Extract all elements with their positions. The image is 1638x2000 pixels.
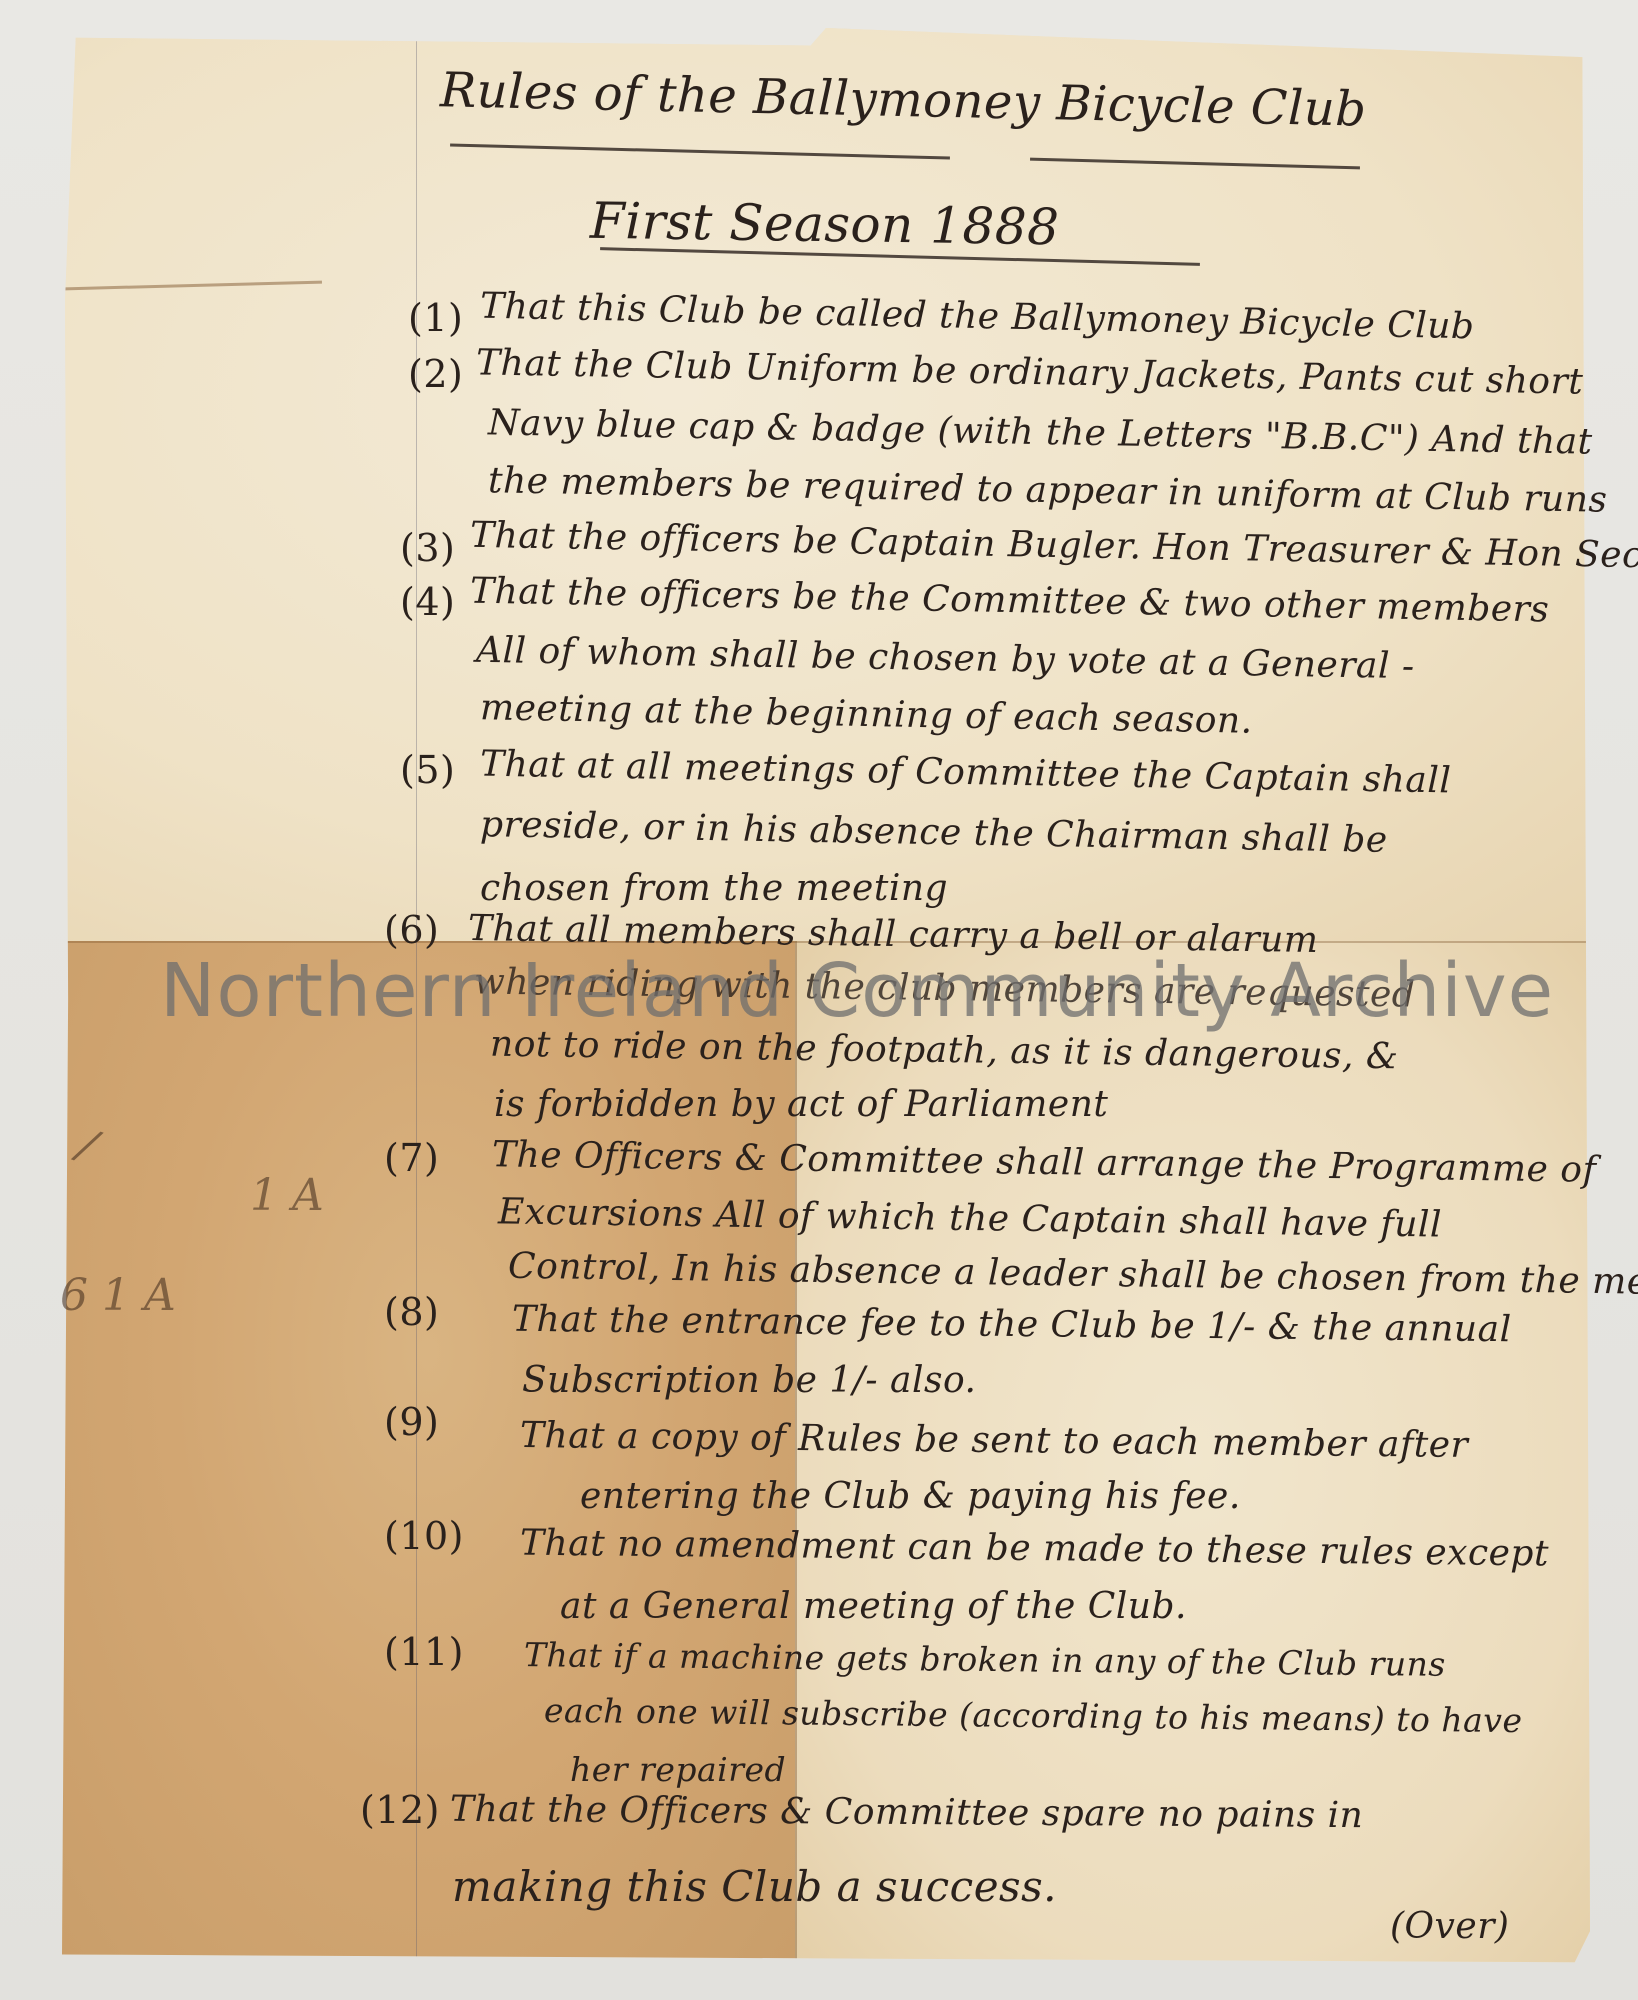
archive-watermark: Northern Ireland Community Archive bbox=[160, 948, 1490, 1034]
rule-line: chosen from the meeting bbox=[480, 868, 948, 909]
rule-line: making this Club a success. bbox=[452, 1862, 1057, 1911]
rule-line: her repaired bbox=[570, 1750, 786, 1789]
pencil-mark: 6 1 A bbox=[60, 1270, 176, 1321]
rule-number: (10) bbox=[384, 1514, 464, 1558]
rule-number: (4) bbox=[400, 580, 455, 624]
over-note: (Over) bbox=[1390, 1906, 1509, 1947]
rule-number: (6) bbox=[384, 908, 439, 952]
rule-number: (9) bbox=[384, 1400, 439, 1444]
rule-number: (12) bbox=[360, 1788, 440, 1832]
rule-line: That the Officers & Committee spare no p… bbox=[450, 1789, 1364, 1836]
rule-number: (8) bbox=[384, 1290, 439, 1334]
pencil-mark: 1 A bbox=[250, 1170, 324, 1221]
rule-number: (7) bbox=[384, 1136, 439, 1180]
rule-number: (2) bbox=[408, 352, 463, 396]
rule-number: (1) bbox=[408, 296, 463, 340]
rule-number: (3) bbox=[400, 526, 455, 570]
rule-number: (11) bbox=[384, 1630, 464, 1674]
rule-line: is forbidden by act of Parliament bbox=[494, 1084, 1108, 1125]
rule-line: entering the Club & paying his fee. bbox=[580, 1476, 1241, 1517]
rule-line: at a General meeting of the Club. bbox=[560, 1586, 1187, 1627]
rule-line: Subscription be 1/- also. bbox=[522, 1360, 976, 1401]
document-subtitle: First Season 1888 bbox=[590, 192, 1060, 257]
rule-number: (5) bbox=[400, 748, 455, 792]
